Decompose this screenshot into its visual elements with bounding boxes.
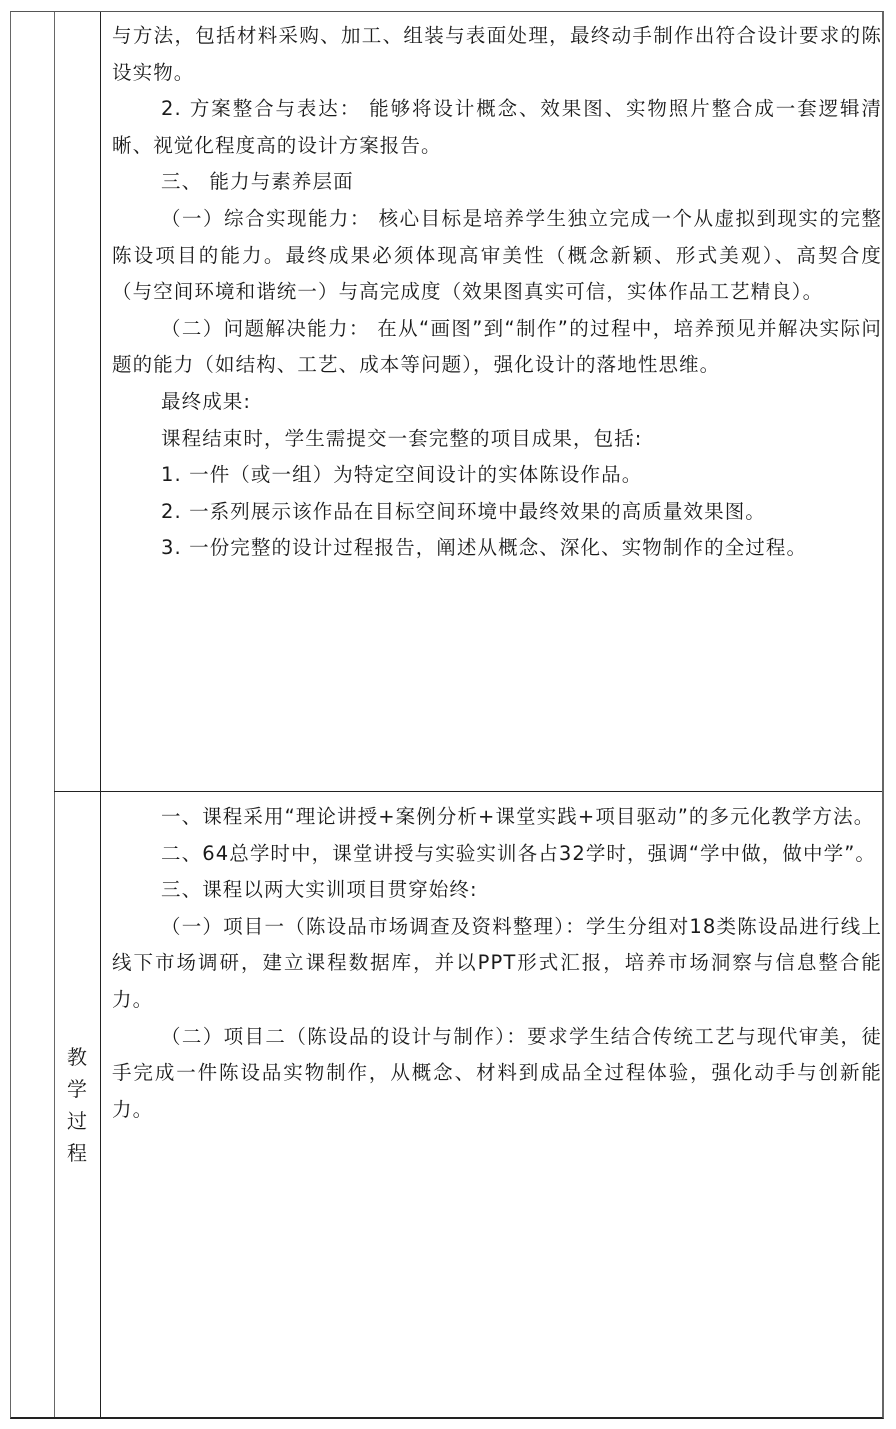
row-label-teaching-process: 教 学 过 程 [55, 1041, 99, 1169]
paragraph: （二）项目二（陈设品的设计与制作）：要求学生结合传统工艺与现代审美，徒手完成一件… [112, 1019, 882, 1129]
label-char: 程 [55, 1137, 99, 1169]
paragraph: 一、课程采用“理论讲授+案例分析+课堂实践+项目驱动”的多元化教学方法。 [112, 799, 882, 836]
paragraph: 二、64总学时中，课堂讲授与实验实训各占32学时，强调“学中做，做中学”。 [112, 836, 882, 873]
paragraph: 三、课程以两大实训项目贯穿始终: [112, 872, 882, 909]
column-divider [100, 12, 101, 1417]
paragraph: （一）综合实现能力： 核心目标是培养学生独立完成一个从虚拟到现实的完整陈设项目的… [112, 201, 882, 311]
list-item: 3. 一份完整的设计过程报告，阐述从概念、深化、实物制作的全过程。 [112, 530, 882, 567]
list-item: 2. 一系列展示该作品在目标空间环境中最终效果的高质量效果图。 [112, 494, 882, 531]
label-char: 过 [55, 1105, 99, 1137]
paragraph: 2. 方案整合与表达： 能够将设计概念、效果图、实物照片整合成一套逻辑清晰、视觉… [112, 91, 882, 164]
label-char: 教 [55, 1041, 99, 1073]
list-item: 1. 一件（或一组）为特定空间设计的实体陈设作品。 [112, 457, 882, 494]
section-heading: 三、 能力与素养层面 [112, 164, 882, 201]
teaching-process-cell: 一、课程采用“理论讲授+案例分析+课堂实践+项目驱动”的多元化教学方法。 二、6… [112, 799, 882, 1128]
row-divider [54, 791, 882, 792]
section-heading: 最终成果: [112, 384, 882, 421]
paragraph: 与方法，包括材料采购、加工、组装与表面处理，最终动手制作出符合设计要求的陈设实物… [112, 18, 882, 91]
paragraph: （二）问题解决能力： 在从“画图”到“制作”的过程中，培养预见并解决实际问题的能… [112, 311, 882, 384]
paragraph: 课程结束时，学生需提交一套完整的项目成果，包括: [112, 421, 882, 458]
objectives-cell: 与方法，包括材料采购、加工、组装与表面处理，最终动手制作出符合设计要求的陈设实物… [112, 18, 882, 567]
column-divider [54, 12, 55, 1417]
paragraph: （一）项目一（陈设品市场调查及资料整理）：学生分组对18类陈设品进行线上线下市场… [112, 909, 882, 1019]
label-char: 学 [55, 1073, 99, 1105]
